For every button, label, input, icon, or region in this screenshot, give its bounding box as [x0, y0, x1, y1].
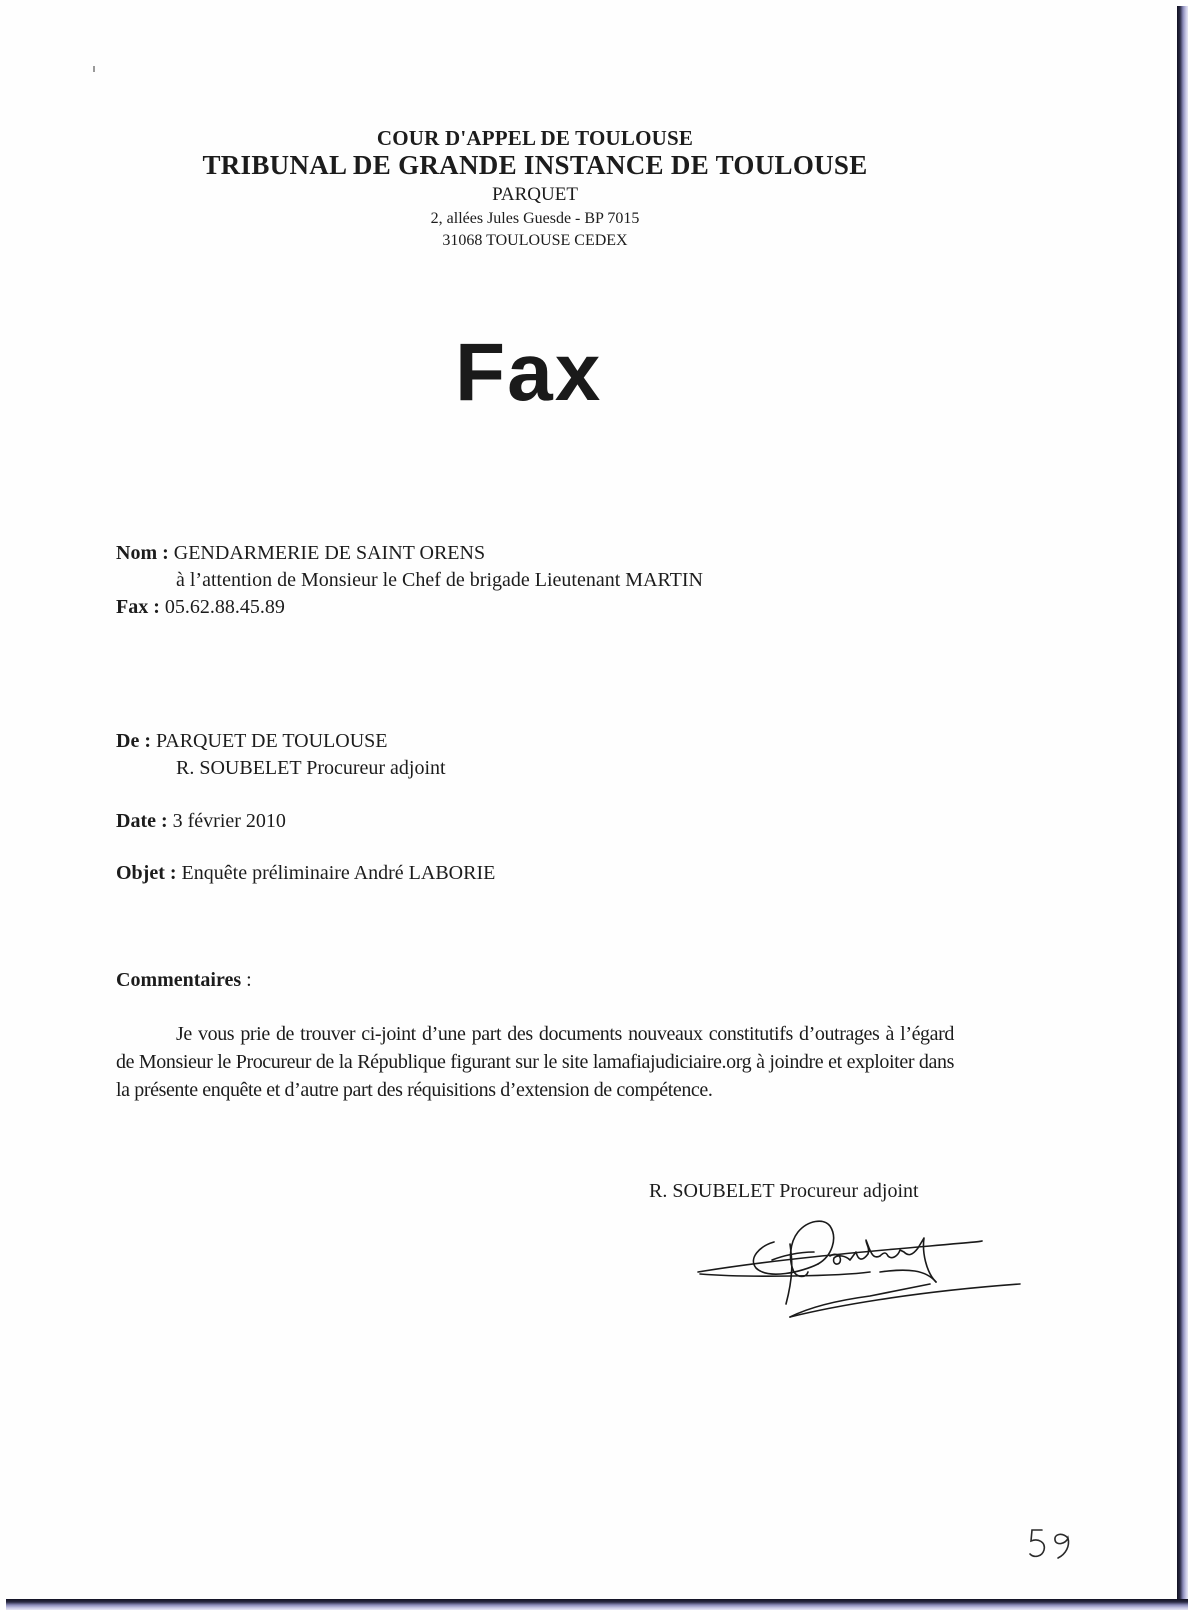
recipient-attention: à l’attention de Monsieur le Chef de bri…: [176, 568, 703, 592]
recipient-fax-label: Fax :: [116, 596, 160, 618]
recipient-name-line: Nom : GENDARMERIE DE SAINT ORENS: [116, 541, 485, 565]
office-name: PARQUET: [0, 184, 1070, 206]
signatory-name: R. SOUBELET Procureur adjoint: [649, 1180, 919, 1203]
sender-value: PARQUET DE TOULOUSE: [156, 730, 388, 752]
recipient-name-label: Nom :: [116, 542, 169, 564]
comments-label: Commentaires: [116, 969, 241, 991]
subject-value: Enquête préliminaire André LABORIE: [182, 862, 496, 884]
recipient-name-value: GENDARMERIE DE SAINT ORENS: [174, 542, 485, 564]
comments-text: Je vous prie de trouver ci-joint d’une p…: [116, 1023, 954, 1101]
sender-line: De : PARQUET DE TOULOUSE: [116, 729, 388, 753]
date-value: 3 février 2010: [173, 810, 286, 832]
scan-speck: [93, 66, 95, 72]
subject-line: Objet : Enquête préliminaire André LABOR…: [116, 861, 495, 885]
tribunal-name: TRIBUNAL DE GRANDE INSTANCE DE TOULOUSE: [0, 150, 1070, 181]
sender-person: R. SOUBELET Procureur adjoint: [176, 756, 446, 780]
date-line: Date : 3 février 2010: [116, 809, 286, 833]
address-line-2: 31068 TOULOUSE CEDEX: [0, 232, 1070, 250]
page-shadow-bottom: [6, 1599, 1188, 1610]
recipient-fax-line: Fax : 05.62.88.45.89: [116, 595, 285, 619]
fax-page: COUR D'APPEL DE TOULOUSE TRIBUNAL DE GRA…: [0, 0, 1178, 1600]
comments-body: Je vous prie de trouver ci-joint d’une p…: [116, 1020, 954, 1104]
page-shadow-right: [1177, 6, 1188, 1610]
address-line-1: 2, allées Jules Guesde - BP 7015: [0, 210, 1070, 228]
handwritten-signature-icon: [690, 1212, 1030, 1322]
date-label: Date :: [116, 810, 168, 832]
comments-label-suffix: :: [241, 969, 252, 991]
handwritten-page-number: [1028, 1524, 1088, 1564]
comments-heading: Commentaires :: [116, 968, 252, 992]
subject-label: Objet :: [116, 862, 177, 884]
recipient-fax-value: 05.62.88.45.89: [165, 596, 285, 618]
court-name: COUR D'APPEL DE TOULOUSE: [0, 126, 1070, 151]
sender-label: De :: [116, 730, 151, 752]
document-title: Fax: [455, 332, 602, 414]
